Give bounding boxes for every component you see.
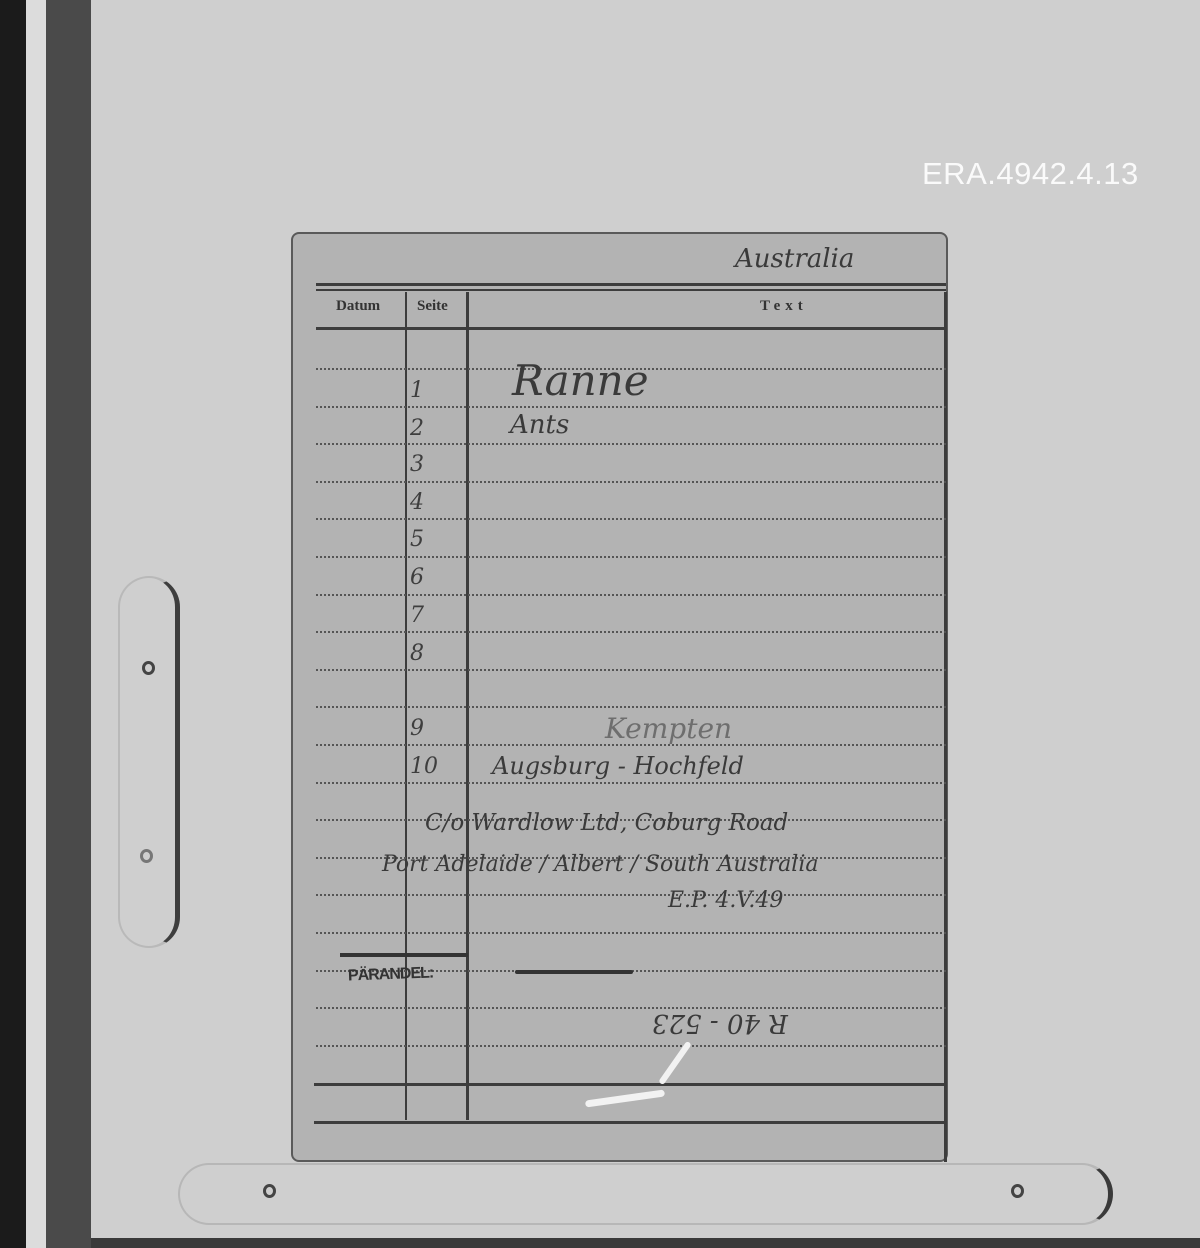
entry-page: 10 [410, 754, 438, 779]
entry-page: 4 [410, 490, 424, 515]
ruled-line [316, 518, 946, 520]
ruled-line [316, 932, 946, 934]
ruled-line [316, 894, 946, 896]
ruled-line [316, 443, 946, 445]
footer-rule [314, 1121, 944, 1124]
ruled-line [316, 594, 946, 596]
entry-page: 2 [410, 416, 424, 441]
entry-text: Kempten [605, 712, 732, 745]
binder-hole-icon [140, 849, 153, 863]
binder-slot-vertical [118, 576, 180, 948]
footer-rule [314, 1083, 944, 1086]
film-border-bottom [91, 1238, 1200, 1248]
entry-text: Augsburg - Hochfeld [492, 752, 744, 780]
header-rule [316, 327, 946, 330]
stamp-label: PÄRANDEL: [348, 965, 434, 986]
entry-page: 7 [410, 603, 424, 628]
country-label: Australia [735, 244, 854, 274]
ruled-line [316, 481, 946, 483]
address-signature: E.P. 4.V.49 [668, 888, 783, 913]
entry-page: 8 [410, 641, 424, 666]
ruled-line [316, 406, 946, 408]
header-rule [316, 283, 946, 286]
entry-page: 5 [410, 527, 424, 552]
binder-hole-icon [142, 661, 155, 675]
entry-page: 1 [410, 378, 424, 403]
binder-slot-horizontal [178, 1163, 1113, 1225]
film-border-light [26, 0, 46, 1248]
binder-hole-icon [263, 1184, 276, 1198]
ruled-line [316, 556, 946, 558]
inverted-note: R 40 - 523 [652, 1008, 788, 1038]
catalog-id: ERA.4942.4.13 [922, 156, 1139, 192]
ruled-line [316, 631, 946, 633]
header-rule [316, 289, 946, 291]
column-header-page: Seite [417, 298, 448, 315]
stamp-strike [340, 953, 468, 957]
folder-spine-band [46, 0, 91, 1248]
binder-hole-icon [1011, 1184, 1024, 1198]
ruled-line [316, 782, 946, 784]
address-line: C/o Wardlow Ltd, Coburg Road [425, 810, 788, 836]
address-line: Port Adelaide / Albert / South Australia [382, 852, 818, 877]
dash-mark [515, 970, 633, 974]
entry-page: 6 [410, 565, 424, 590]
ruled-line [316, 1045, 946, 1047]
column-header-text: Text [760, 298, 808, 315]
entry-text: Ranne [512, 356, 649, 405]
column-header-date: Datum [336, 298, 380, 315]
entry-page: 3 [410, 452, 424, 477]
card-right-edge [944, 292, 947, 1162]
film-border-black [0, 0, 26, 1248]
ruled-line [316, 1007, 946, 1009]
ruled-line [316, 669, 946, 671]
entry-text: Ants [510, 410, 569, 440]
ruled-line [316, 706, 946, 708]
entry-page: 9 [410, 716, 424, 741]
